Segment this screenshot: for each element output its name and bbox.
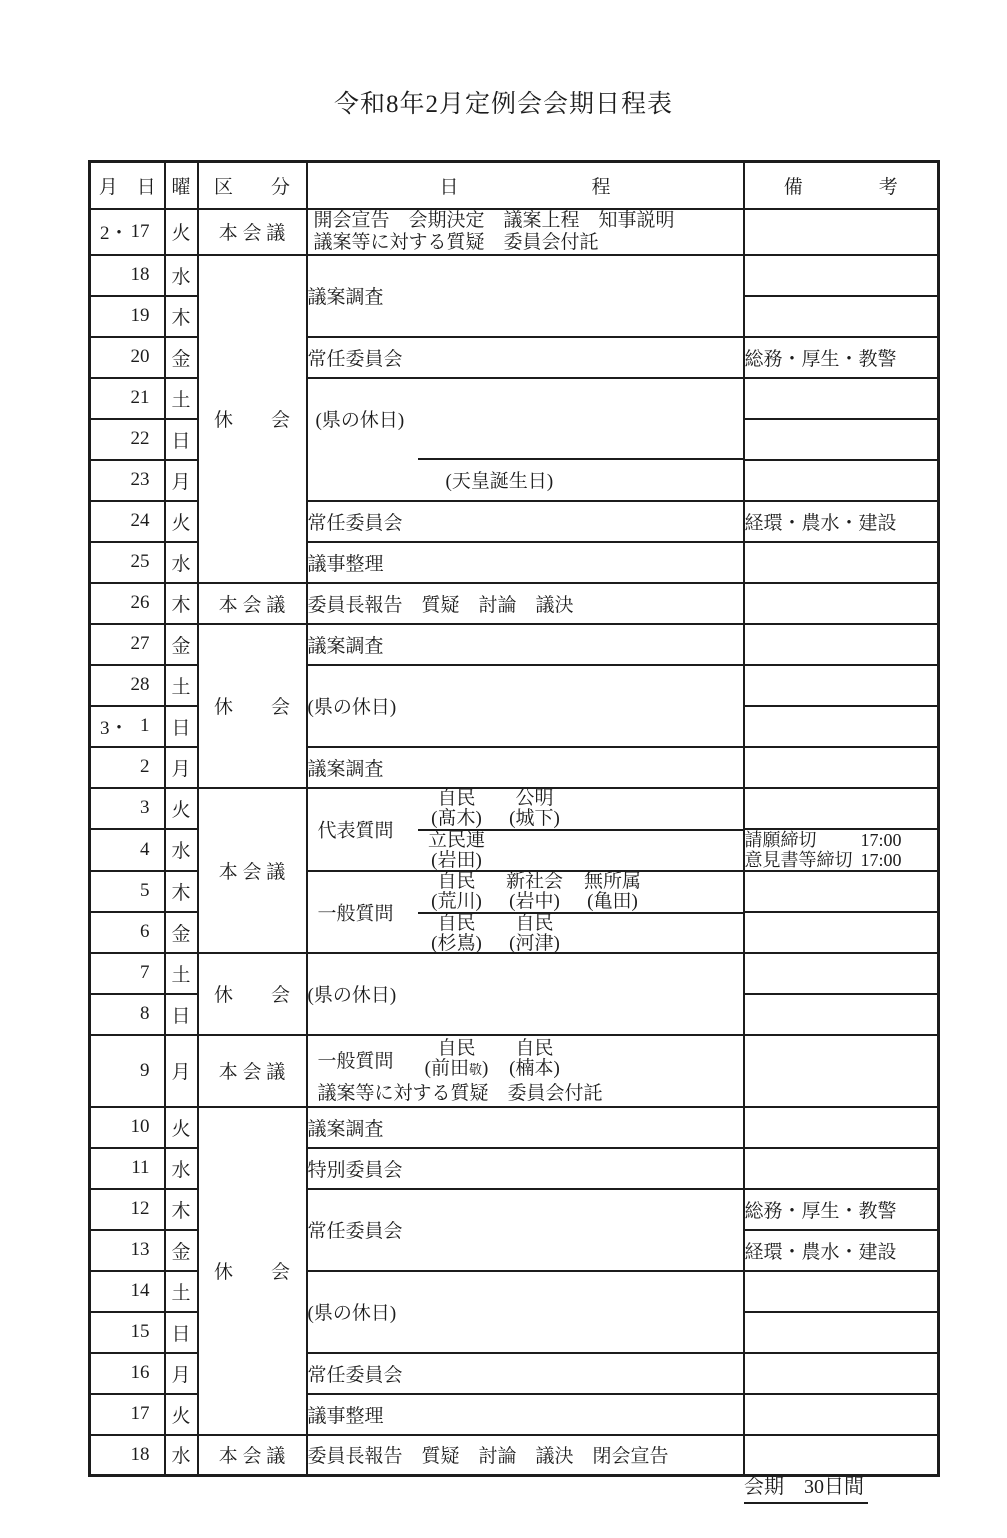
header-remarks: 備 考 xyxy=(744,162,939,209)
category-cell-plenary: 本 会 議 xyxy=(198,788,307,953)
remarks-cell xyxy=(744,1035,939,1107)
weekday-cell: 火 xyxy=(165,788,198,829)
date-cell: 16 xyxy=(90,1353,165,1394)
day-part: 11 xyxy=(131,1157,149,1179)
schedule-cell: 議案調査 xyxy=(307,255,744,337)
date-cell: 4 xyxy=(90,829,165,871)
deadline-line: 意見書等締切17:00 xyxy=(745,850,938,870)
question-type-label: 一般質問 xyxy=(318,898,394,925)
remarks-cell xyxy=(744,994,939,1035)
weekday-cell: 水 xyxy=(165,829,198,871)
emperor-birthday-label: (天皇誕生日) xyxy=(418,458,743,500)
schedule-table: 月 日 曜 区 分 日 程 備 考 2・17 火 本 会 議 開会宣告 会期決定… xyxy=(88,160,940,1477)
day-part: 3 xyxy=(140,797,150,819)
day-part: 15 xyxy=(131,1321,150,1343)
date-cell: 6 xyxy=(90,912,165,953)
weekday-cell: 金 xyxy=(165,912,198,953)
holiday-label: (県の休日) xyxy=(308,379,743,458)
questioner: 無所属(亀田) xyxy=(574,872,652,912)
table-row: 2・17 火 本 会 議 開会宣告 会期決定 議案上程 知事説明議案等に対する質… xyxy=(90,209,939,255)
date-cell: 25 xyxy=(90,542,165,583)
remarks-cell xyxy=(744,296,939,337)
date-cell: 5 xyxy=(90,871,165,912)
table-row: 9 月 本 会 議 一般質問 自民(前田敬) 自民(楠本) 議案等に対する質疑 … xyxy=(90,1035,939,1107)
date-cell: 26 xyxy=(90,583,165,624)
date-cell: 18 xyxy=(90,255,165,296)
remarks-cell xyxy=(744,209,939,255)
date-cell: 11 xyxy=(90,1148,165,1189)
remarks-cell xyxy=(744,706,939,747)
remarks-cell xyxy=(744,583,939,624)
remarks-cell xyxy=(744,542,939,583)
table-row: 3 火 本 会 議 代表質問 自民(髙木) 公明(城下) 立民連(岩田) xyxy=(90,788,939,829)
remarks-cell: 総務・厚生・教警 xyxy=(744,1189,939,1230)
day-part: 4 xyxy=(140,839,150,861)
date-cell: 18 xyxy=(90,1435,165,1476)
day-part: 18 xyxy=(131,1444,150,1466)
date-cell: 20 xyxy=(90,337,165,378)
weekday-cell: 火 xyxy=(165,209,198,255)
questioner: 新社会(岩中) xyxy=(496,872,574,912)
date-cell: 3 xyxy=(90,788,165,829)
day-part: 27 xyxy=(131,633,150,655)
questioner: 立民連(岩田) xyxy=(418,831,496,871)
document-page: 令和8年2月定例会会期日程表 月 日 曜 区 分 日 程 備 考 2・17 火 … xyxy=(0,0,1007,1538)
remarks-cell xyxy=(744,1312,939,1353)
schedule-cell-representative-questions: 代表質問 自民(髙木) 公明(城下) 立民連(岩田) xyxy=(307,788,744,871)
category-cell-plenary: 本 会 議 xyxy=(198,583,307,624)
weekday-cell: 月 xyxy=(165,747,198,788)
remarks-cell xyxy=(744,1107,939,1148)
remarks-cell xyxy=(744,378,939,419)
remarks-cell xyxy=(744,624,939,665)
questioner: 自民(前田敬) xyxy=(418,1039,496,1080)
day-part: 21 xyxy=(131,387,150,409)
date-cell: 22 xyxy=(90,419,165,460)
weekday-cell: 木 xyxy=(165,583,198,624)
day-part: 13 xyxy=(131,1239,150,1261)
date-cell: 9 xyxy=(90,1035,165,1107)
date-cell: 27 xyxy=(90,624,165,665)
day-part: 25 xyxy=(131,551,150,573)
date-cell: 17 xyxy=(90,1394,165,1435)
schedule-cell: 常任委員会 xyxy=(307,1189,744,1271)
day-part: 16 xyxy=(131,1362,150,1384)
schedule-cell: 委員長報告 質疑 討論 議決 閉会宣告 xyxy=(307,1435,744,1476)
deadline-line: 請願締切17:00 xyxy=(745,830,938,850)
date-cell: 7 xyxy=(90,953,165,994)
day-part: 17 xyxy=(131,1403,150,1425)
day-part: 17 xyxy=(131,221,150,243)
day-part: 5 xyxy=(140,880,150,902)
weekday-cell: 日 xyxy=(165,419,198,460)
remarks-cell xyxy=(744,912,939,953)
schedule-line-1: 開会宣告 会期決定 議案上程 知事説明 xyxy=(314,210,743,232)
remarks-cell xyxy=(744,1394,939,1435)
day-part: 8 xyxy=(140,1003,150,1025)
schedule-cell-holiday: (県の休日) xyxy=(307,665,744,747)
weekday-cell: 月 xyxy=(165,1035,198,1107)
question-type-label: 一般質問 xyxy=(318,1036,418,1083)
date-cell: 19 xyxy=(90,296,165,337)
header-schedule: 日 程 xyxy=(307,162,744,209)
schedule-cell: 特別委員会 xyxy=(307,1148,744,1189)
remarks-cell: 経環・農水・建設 xyxy=(744,501,939,542)
remarks-cell xyxy=(744,1148,939,1189)
table-row: 27 金 休 会 議案調査 xyxy=(90,624,939,665)
weekday-cell: 日 xyxy=(165,1312,198,1353)
schedule-cell: 常任委員会 xyxy=(307,337,744,378)
day-part: 6 xyxy=(140,921,150,943)
remarks-cell xyxy=(744,665,939,706)
weekday-cell: 日 xyxy=(165,994,198,1035)
table-row: 7 土 休 会 (県の休日) xyxy=(90,953,939,994)
schedule-cell: 議事整理 xyxy=(307,542,744,583)
questioner: 公明(城下) xyxy=(496,789,574,829)
schedule-cell: 委員長報告 質疑 討論 議決 xyxy=(307,583,744,624)
weekday-cell: 土 xyxy=(165,953,198,994)
schedule-cell-general-questions-inline: 一般質問 自民(前田敬) 自民(楠本) 議案等に対する質疑 委員会付託 xyxy=(307,1035,744,1107)
month-part: 3・ xyxy=(100,713,129,740)
schedule-cell-general-questions: 一般質問 自民(荒川) 新社会(岩中) 無所属(亀田) 自民(杉嶌) 自民(河津… xyxy=(307,871,744,953)
questioner: 自民(楠本) xyxy=(496,1039,574,1079)
day-part: 22 xyxy=(131,428,150,450)
day-part: 12 xyxy=(131,1198,150,1220)
date-cell: 2 xyxy=(90,747,165,788)
category-cell-recess: 休 会 xyxy=(198,255,307,583)
schedule-line-2: 議案等に対する質疑 委員会付託 xyxy=(318,1083,743,1106)
remarks-cell xyxy=(744,1353,939,1394)
day-part: 7 xyxy=(140,962,150,984)
weekday-cell: 木 xyxy=(165,296,198,337)
remarks-cell xyxy=(744,419,939,460)
day-part: 24 xyxy=(131,510,150,532)
table-row: 10 火 休 会 議案調査 xyxy=(90,1107,939,1148)
weekday-cell: 火 xyxy=(165,1394,198,1435)
day-part: 9 xyxy=(140,1060,150,1082)
month-part: 2・ xyxy=(100,218,129,245)
schedule-cell-holiday: (県の休日) xyxy=(307,1271,744,1353)
questioner: 自民(髙木) xyxy=(418,789,496,829)
weekday-cell: 日 xyxy=(165,706,198,747)
date-cell: 15 xyxy=(90,1312,165,1353)
weekday-cell: 金 xyxy=(165,624,198,665)
day-part: 1 xyxy=(140,715,150,737)
weekday-cell: 金 xyxy=(165,1230,198,1271)
date-cell: 2・17 xyxy=(90,209,165,255)
remarks-cell xyxy=(744,1271,939,1312)
date-cell: 10 xyxy=(90,1107,165,1148)
remarks-cell: 総務・厚生・教警 xyxy=(744,337,939,378)
schedule-cell: 議案調査 xyxy=(307,747,744,788)
schedule-cell-holiday-group: (県の休日) (天皇誕生日) xyxy=(307,378,744,501)
date-cell: 14 xyxy=(90,1271,165,1312)
weekday-cell: 土 xyxy=(165,665,198,706)
remarks-cell xyxy=(744,460,939,501)
document-title: 令和8年2月定例会会期日程表 xyxy=(0,84,1007,120)
weekday-cell: 水 xyxy=(165,255,198,296)
day-part: 14 xyxy=(131,1280,150,1302)
day-part: 28 xyxy=(131,674,150,696)
day-part: 20 xyxy=(131,346,150,368)
date-cell: 23 xyxy=(90,460,165,501)
category-cell-plenary: 本 会 議 xyxy=(198,1435,307,1476)
questioner: 自民(河津) xyxy=(496,914,574,953)
header-date: 月 日 xyxy=(90,162,165,209)
session-length-note: 会期 30日間 xyxy=(744,1470,868,1504)
date-cell: 12 xyxy=(90,1189,165,1230)
remarks-cell xyxy=(744,747,939,788)
weekday-cell: 水 xyxy=(165,1435,198,1476)
weekday-cell: 木 xyxy=(165,871,198,912)
day-part: 23 xyxy=(131,469,150,491)
questioner: 自民(杉嶌) xyxy=(418,914,496,953)
schedule-line-2: 議案等に対する質疑 委員会付託 xyxy=(314,232,743,254)
day-part: 2 xyxy=(140,756,150,778)
weekday-cell: 月 xyxy=(165,460,198,501)
schedule-cell: 議事整理 xyxy=(307,1394,744,1435)
schedule-cell: 議案調査 xyxy=(307,1107,744,1148)
weekday-cell: 木 xyxy=(165,1189,198,1230)
remarks-cell xyxy=(744,255,939,296)
schedule-cell: 常任委員会 xyxy=(307,501,744,542)
weekday-cell: 火 xyxy=(165,501,198,542)
category-cell-plenary: 本 会 議 xyxy=(198,1035,307,1107)
day-part: 26 xyxy=(131,592,150,614)
weekday-cell: 水 xyxy=(165,542,198,583)
header-category: 区 分 xyxy=(198,162,307,209)
category-cell-recess: 休 会 xyxy=(198,953,307,1035)
weekday-cell: 月 xyxy=(165,1353,198,1394)
schedule-cell-holiday: (県の休日) xyxy=(307,953,744,1035)
category-cell-recess: 休 会 xyxy=(198,1107,307,1435)
question-type-label: 代表質問 xyxy=(318,816,394,843)
weekday-cell: 土 xyxy=(165,378,198,419)
date-cell: 8 xyxy=(90,994,165,1035)
table-row: 18 水 休 会 議案調査 xyxy=(90,255,939,296)
date-cell: 24 xyxy=(90,501,165,542)
date-cell: 21 xyxy=(90,378,165,419)
day-part: 10 xyxy=(131,1116,150,1138)
schedule-cell: 常任委員会 xyxy=(307,1353,744,1394)
remarks-cell xyxy=(744,953,939,994)
category-cell: 本 会 議 xyxy=(198,209,307,255)
remarks-cell xyxy=(744,788,939,829)
weekday-cell: 土 xyxy=(165,1271,198,1312)
remarks-cell: 経環・農水・建設 xyxy=(744,1230,939,1271)
questioner: 自民(荒川) xyxy=(418,872,496,912)
weekday-cell: 金 xyxy=(165,337,198,378)
schedule-cell: 開会宣告 会期決定 議案上程 知事説明議案等に対する質疑 委員会付託 xyxy=(307,209,744,255)
day-part: 18 xyxy=(131,264,150,286)
date-cell: 13 xyxy=(90,1230,165,1271)
day-part: 19 xyxy=(131,305,150,327)
header-weekday: 曜 xyxy=(165,162,198,209)
remarks-cell xyxy=(744,871,939,912)
weekday-cell: 火 xyxy=(165,1107,198,1148)
category-cell-recess: 休 会 xyxy=(198,624,307,788)
table-row: 26 木 本 会 議 委員長報告 質疑 討論 議決 xyxy=(90,583,939,624)
header-row: 月 日 曜 区 分 日 程 備 考 xyxy=(90,162,939,209)
date-cell: 3・1 xyxy=(90,706,165,747)
schedule-cell: 議案調査 xyxy=(307,624,744,665)
remarks-cell-deadlines: 請願締切17:00 意見書等締切17:00 xyxy=(744,829,939,871)
date-cell: 28 xyxy=(90,665,165,706)
weekday-cell: 水 xyxy=(165,1148,198,1189)
